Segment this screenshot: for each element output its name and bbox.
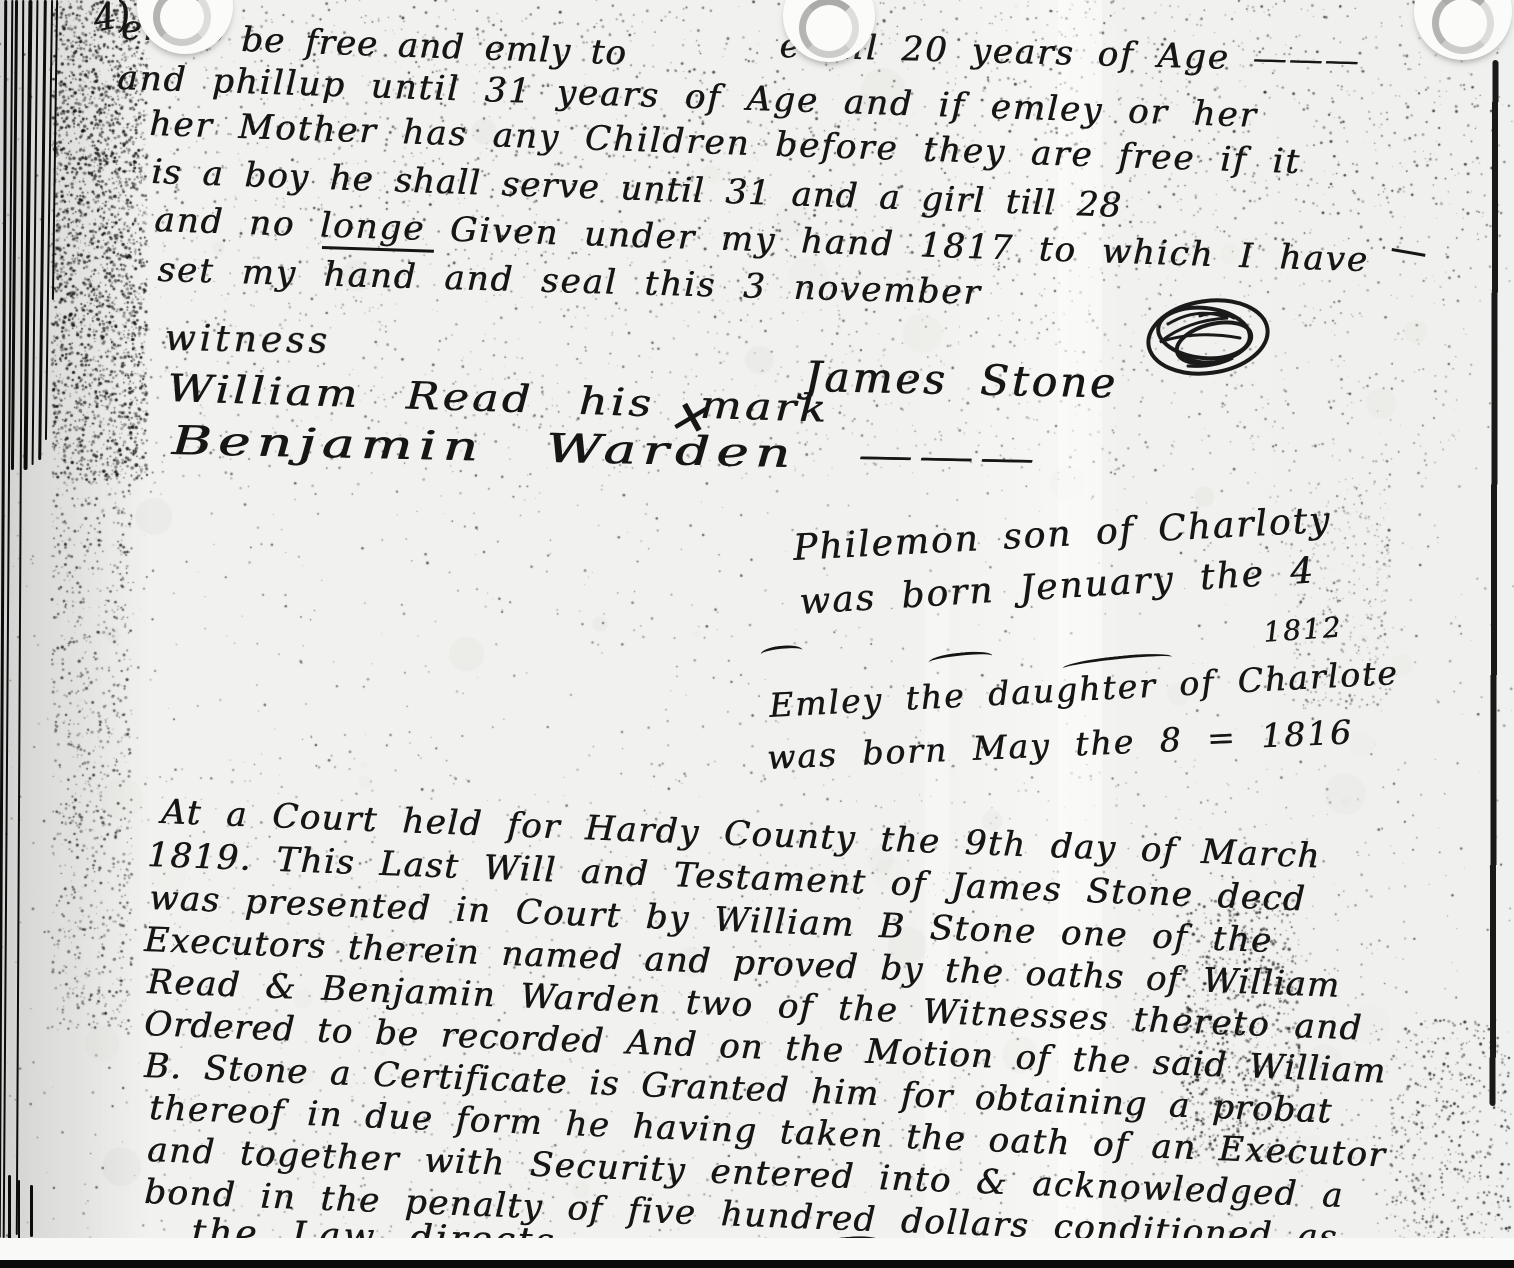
will-line: witness bbox=[164, 318, 331, 362]
punch-ring bbox=[799, 0, 859, 58]
signature-james-stone: James Stone bbox=[804, 352, 1118, 408]
binding-stripe bbox=[8, 1175, 11, 1240]
bottom-scan-bar bbox=[0, 1260, 1514, 1268]
punch-ring bbox=[1432, 0, 1494, 54]
punch-ring bbox=[153, 0, 211, 46]
bottom-light-strip bbox=[0, 1238, 1514, 1260]
binding-stripe bbox=[18, 1180, 20, 1240]
document-page: 4) en to be free and emly to e till 20 y… bbox=[0, 0, 1514, 1268]
binding-stripe bbox=[30, 1185, 33, 1237]
seal-scribble-icon bbox=[1140, 294, 1276, 380]
birth-record-year: 1812 bbox=[1262, 610, 1343, 648]
